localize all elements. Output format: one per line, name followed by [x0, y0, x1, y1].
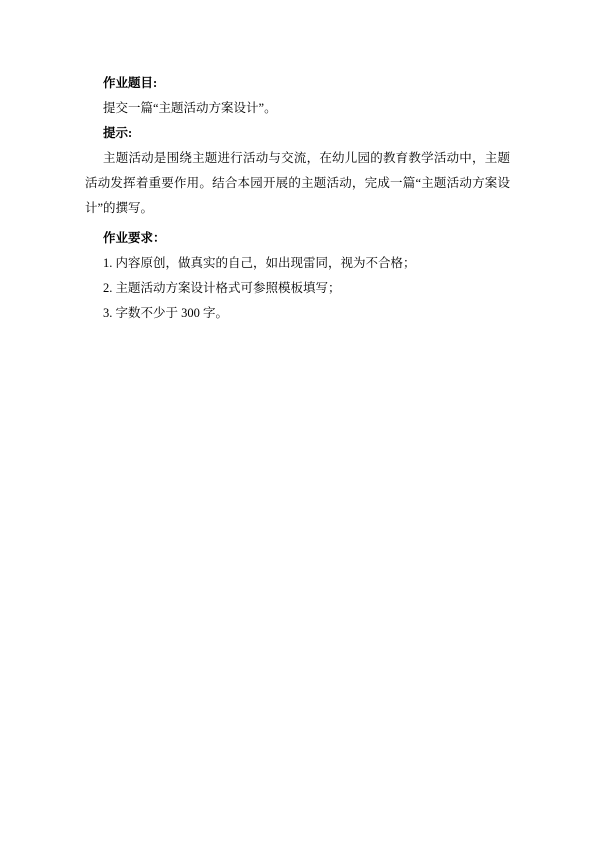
- hint-heading: 提示:: [85, 121, 510, 146]
- hint-paragraph: 主题活动是围绕主题进行活动与交流，在幼儿园的教育教学活动中，主题活动发挥着重要作…: [85, 146, 510, 221]
- requirement-item-3: 3. 字数不少于 300 字。: [85, 301, 510, 326]
- requirement-item-2: 2. 主题活动方案设计格式可参照模板填写；: [85, 276, 510, 301]
- document-page: 作业题目: 提交一篇“主题活动方案设计”。 提示: 主题活动是围绕主题进行活动与…: [0, 0, 595, 842]
- requirements-heading: 作业要求：: [85, 226, 510, 251]
- assignment-title-heading: 作业题目:: [85, 71, 510, 96]
- requirement-item-1: 1. 内容原创，做真实的自己，如出现雷同，视为不合格；: [85, 251, 510, 276]
- document-content: 作业题目: 提交一篇“主题活动方案设计”。 提示: 主题活动是围绕主题进行活动与…: [0, 0, 595, 326]
- assignment-title-text: 提交一篇“主题活动方案设计”。: [85, 96, 510, 121]
